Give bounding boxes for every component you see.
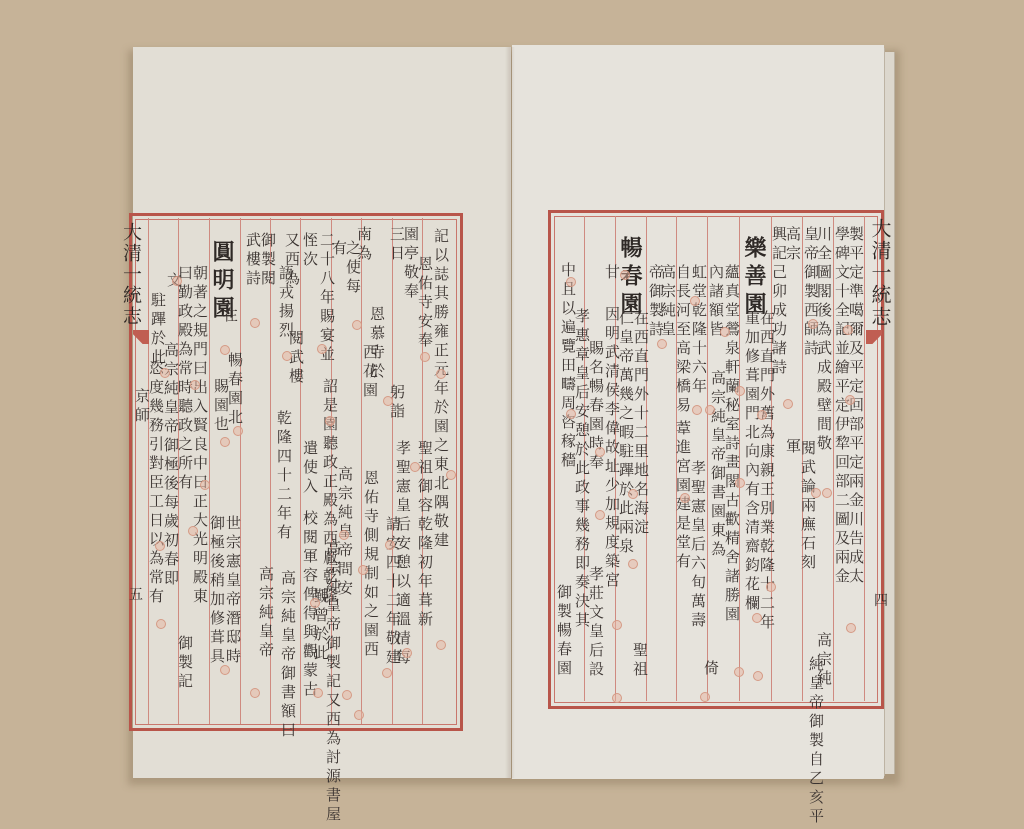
text-column: 學碑文十全記並繪平定伊犂回部二圖及兩金: [834, 226, 849, 587]
text-column: 中且以遍覽田疇周咨稼穡: [560, 262, 575, 471]
margin-book-title: 大清一統志: [866, 218, 895, 328]
text-column: 遣使入: [302, 440, 317, 497]
margin-book-title: 大清一統志: [118, 222, 145, 327]
text-column: 朝著之規門曰出入賢良中曰正大光明殿東: [192, 265, 207, 607]
text-column: 恎次: [302, 232, 317, 270]
text-column: 重加修葺園門北向內有含清齋鈞花欄: [744, 310, 759, 614]
text-column: 記以誌其勝雍正元年於園之東北隅敬建: [433, 228, 448, 551]
text-column: 高宗純皇帝御書額曰: [280, 570, 295, 741]
text-column: 西花園: [362, 344, 377, 401]
text-column: 高宗純皇帝御書園東為: [710, 370, 725, 560]
text-column: 皇帝御製西師詩: [803, 226, 818, 359]
page-number: 四: [874, 590, 888, 610]
text-column: 御製閱: [260, 232, 275, 289]
text-column: 自長河至高梁橋易: [675, 264, 690, 416]
text-column: 高宗純皇帝: [258, 566, 273, 661]
text-column: 世宗憲皇帝潛邸時: [225, 515, 240, 667]
text-column: 倚: [703, 660, 718, 679]
text-column: 賜園也: [213, 378, 228, 435]
book-gutter: [505, 47, 515, 778]
text-column: 虹堂乾隆十六年: [691, 264, 706, 397]
text-column: 武樓詩: [245, 232, 260, 289]
text-column: 聖祖: [632, 642, 647, 680]
text-column: 御製暢春園: [556, 584, 571, 679]
text-column: 閱武論兩廡石刻: [800, 440, 815, 573]
section-heading: 樂善園: [743, 236, 765, 320]
text-column: 高宗純皇帝御極後每歲初春即: [163, 342, 178, 589]
text-column: 高宗純皇帝御製記又西為討源書屋: [325, 540, 340, 825]
text-column: 在西直門外十二里地名海淀: [633, 310, 648, 538]
text-column: 御極後稍加修葺具: [209, 515, 224, 667]
text-column: 請安四十二年敬建: [385, 516, 400, 668]
text-column: 乾隆四十二年有: [276, 410, 291, 543]
text-column: 軍: [785, 438, 800, 457]
text-column: 因明武清侯李偉故址少加規度築宮: [604, 306, 619, 591]
text-column: 三日: [389, 226, 404, 264]
text-column: 帝御製詩: [648, 264, 663, 340]
text-column: 京師: [134, 388, 149, 426]
text-column: 甘: [604, 264, 619, 283]
text-column: 御製記: [177, 635, 192, 692]
page-number: 五: [129, 584, 143, 604]
text-column: 孝聖憲皇后六旬萬壽: [690, 460, 705, 631]
text-column: 純皇帝御製自乙亥平: [808, 656, 823, 827]
text-column: 在: [222, 307, 237, 326]
